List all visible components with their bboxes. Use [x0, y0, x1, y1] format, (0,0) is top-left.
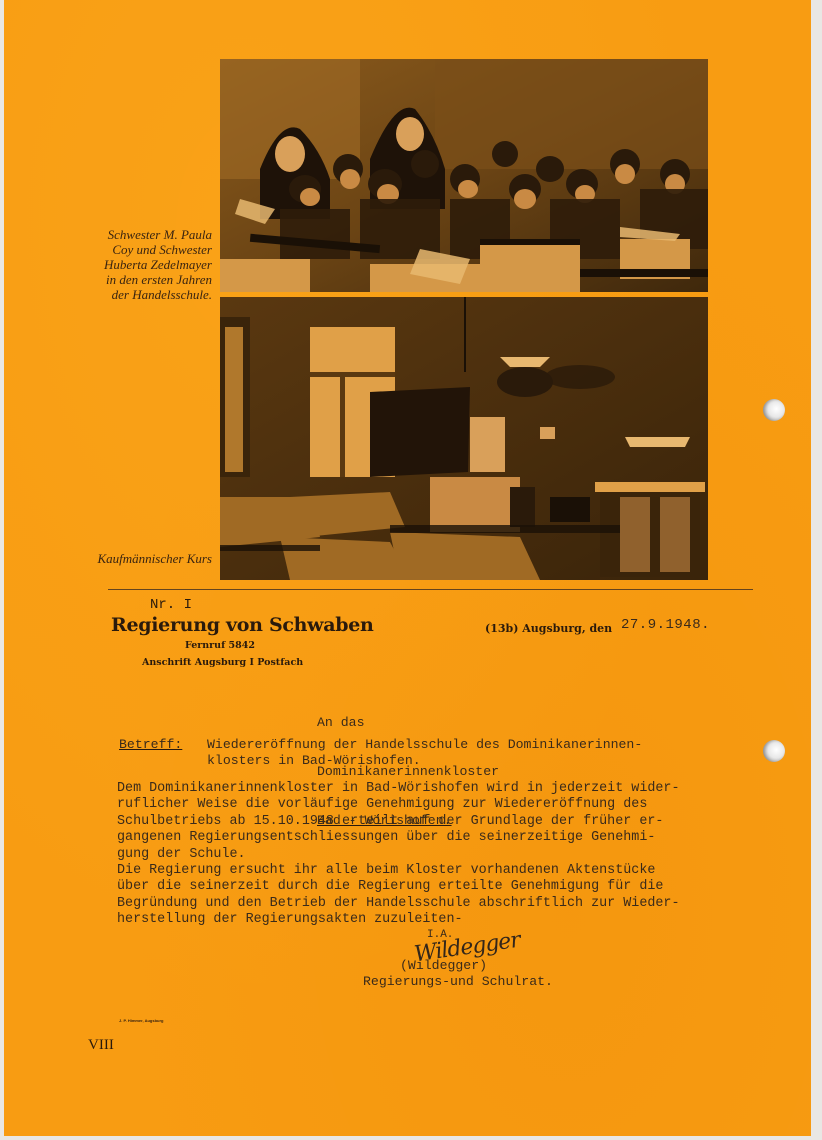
signatory-title: Regierungs-und Schulrat. — [363, 974, 553, 990]
letterhead-address: Anschrift Augsburg I Postfach — [142, 657, 303, 668]
page-number: VIII — [88, 1037, 114, 1054]
recipient-line-1: An das — [317, 715, 499, 731]
photo-image — [220, 59, 708, 292]
punch-hole-icon — [763, 399, 785, 421]
letter-number: Nr. I — [150, 597, 192, 613]
photo-caption-course: Kaufmännischer Kurs — [64, 551, 212, 566]
horizontal-divider — [108, 589, 753, 590]
photo-caption-nuns: Schwester M. Paula Coy und Schwester Hub… — [104, 227, 212, 302]
document-page: Schwester M. Paula Coy und Schwester Hub… — [4, 0, 811, 1136]
letterhead-phone: Fernruf 5842 — [185, 640, 255, 651]
classroom-photo-interior — [220, 297, 708, 580]
letter-date: 27.9.1948. — [621, 617, 710, 633]
subject-label: Betreff: — [119, 737, 182, 753]
letterhead-authority: Regierung von Schwaben — [111, 614, 374, 636]
classroom-photo-nuns — [220, 59, 708, 292]
signatory-name: (Wildegger) — [400, 958, 487, 974]
punch-hole-icon — [763, 740, 785, 762]
printer-imprint: J. P. Himmer, Augsburg — [119, 1018, 163, 1023]
letter-place: (13b) Augsburg, den — [485, 622, 612, 635]
photo-image — [220, 297, 708, 580]
subject-text: Wiedereröffnung der Handelsschule des Do… — [207, 737, 642, 769]
letter-body: Dem Dominikanerinnenkloster in Bad-Wöris… — [117, 781, 680, 929]
